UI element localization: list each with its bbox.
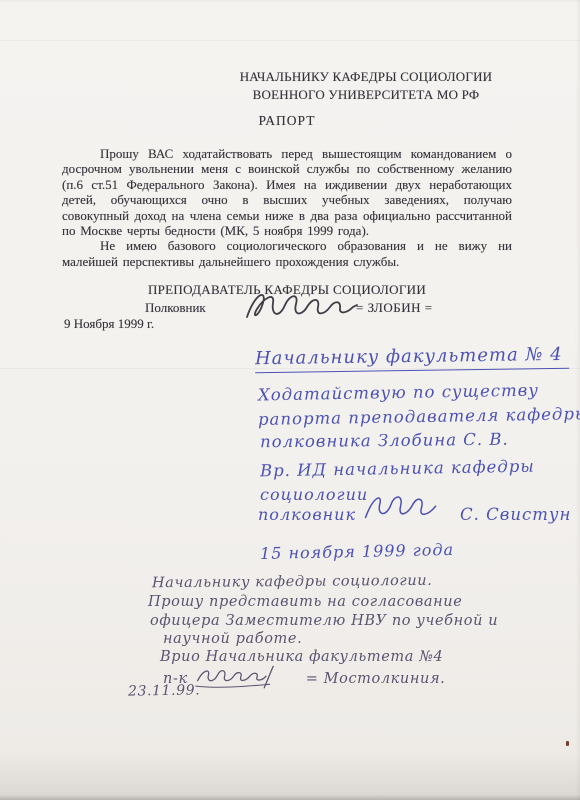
resolution2-line-5: Врио Начальника факультета №4 bbox=[160, 649, 443, 665]
scan-speck bbox=[566, 741, 569, 746]
addressee-line-2: ВОЕННОГО УНИВЕРСИТЕТА МО РФ bbox=[224, 86, 508, 104]
resolution1-date: 15 ноября 1999 года bbox=[260, 540, 454, 563]
resolution2-line-2: Прошу представить на согласование bbox=[148, 594, 462, 610]
resolution2-signature bbox=[194, 664, 302, 692]
document-title: РАПОРТ bbox=[62, 113, 512, 129]
resolution1-body-line-1: Ходатайствую по существу bbox=[258, 381, 539, 405]
signer-name: = ЗЛОБИН = bbox=[356, 300, 433, 316]
paragraph-2: Не имею базового социологического образо… bbox=[62, 238, 512, 269]
paper-crease bbox=[0, 40, 580, 41]
resolution2-line-3: офицера Заместителю НВУ по учебной и bbox=[150, 613, 498, 629]
resolution1-signer-name: С. Свистун bbox=[460, 505, 571, 524]
addressee-block: НАЧАЛЬНИКУ КАФЕДРЫ СОЦИОЛОГИИ ВОЕННОГО У… bbox=[224, 68, 508, 103]
resolution1-body-line-3: полковника Злобина С. В. bbox=[260, 430, 509, 452]
resolution1-position-line-1: Вр. ИД начальника кафедры bbox=[260, 457, 535, 481]
scanned-document-page: НАЧАЛЬНИКУ КАФЕДРЫ СОЦИОЛОГИИ ВОЕННОГО У… bbox=[0, 0, 580, 800]
resolution2-date: 23.11.99. bbox=[128, 682, 200, 699]
resolution2-signer-name: = Мостолкиния. bbox=[306, 671, 446, 687]
signer-rank: Полковник bbox=[145, 300, 206, 316]
report-body: Прошу ВАС ходатайствовать перед вышестоя… bbox=[62, 146, 512, 269]
addressee-line-1: НАЧАЛЬНИКУ КАФЕДРЫ СОЦИОЛОГИИ bbox=[224, 68, 508, 86]
resolution1-body-line-2: рапорта преподавателя кафедры bbox=[258, 404, 580, 429]
document-date: 9 Ноября 1999 г. bbox=[64, 316, 154, 332]
resolution2-line-1: Начальнику кафедры социологии. bbox=[152, 573, 433, 591]
paragraph-1: Прошу ВАС ходатайствовать перед вышестоя… bbox=[62, 146, 512, 238]
resolution2-signature-row: п-к = Мостолкиния. bbox=[163, 666, 445, 692]
zlobin-signature bbox=[240, 287, 362, 327]
resolution1-signature-row: полковник С. Свистун bbox=[258, 501, 571, 527]
resolution1-rank: полковник bbox=[258, 505, 356, 524]
resolution1-addressee: Начальнику факультета № 4 bbox=[255, 344, 569, 373]
svistun-signature bbox=[358, 491, 446, 527]
resolution2-line-4: научной работе. bbox=[163, 631, 302, 647]
